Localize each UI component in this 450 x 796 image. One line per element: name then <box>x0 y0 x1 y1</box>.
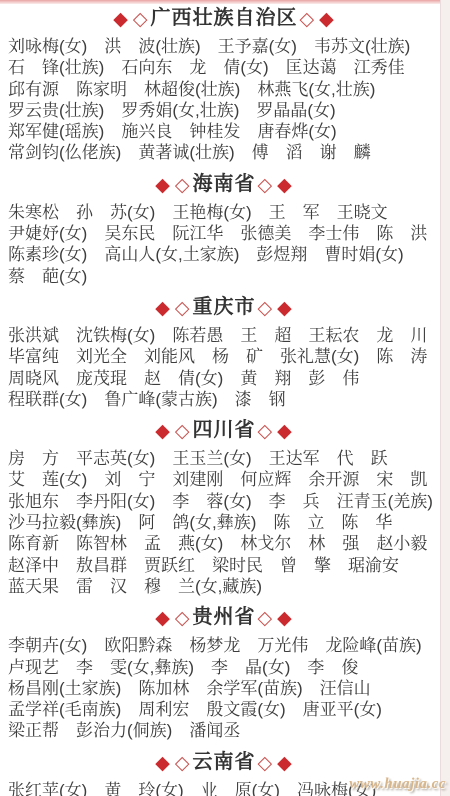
diamond-solid-icon: ◆ <box>155 607 171 629</box>
section-header: ◆◇重庆市◇◆ <box>8 295 440 320</box>
diamond-hollow-icon: ◇ <box>258 752 274 774</box>
diamond-hollow-icon: ◇ <box>258 420 274 442</box>
diamond-solid-icon: ◆ <box>277 174 293 196</box>
name-row: 孟学祥(毛南族) 周利宏 殷文霞(女) 唐亚平(女) <box>8 699 440 720</box>
diamond-solid-icon: ◆ <box>277 297 293 319</box>
name-row: 杨昌刚(土家族) 陈加林 余学军(苗族) 汪信山 <box>8 678 440 699</box>
name-row: 梁正帮 彭治力(侗族) 潘闻丞 <box>8 720 440 741</box>
diamond-solid-icon: ◆ <box>277 752 293 774</box>
diamond-solid-icon: ◆ <box>277 420 293 442</box>
name-row: 周晓风 庞茂琨 赵 倩(女) 黄 翔 彭 伟 <box>8 368 440 389</box>
name-row: 蓝天果 雷 汉 穆 兰(女,藏族) <box>8 576 440 597</box>
diamond-hollow-icon: ◇ <box>175 420 191 442</box>
name-row: 艾 莲(女) 刘 宁 刘建刚 何应辉 余开源 宋 凯 <box>8 469 440 490</box>
name-row: 张旭东 李丹阳(女) 李 蓉(女) 李 兵 汪青玉(羌族) <box>8 491 440 512</box>
name-row: 赵泽中 敖昌群 贾跃红 梁时民 曾 擎 琚渝安 <box>8 555 440 576</box>
diamond-hollow-icon: ◇ <box>300 8 316 30</box>
name-row: 蔡 葩(女) <box>8 266 440 287</box>
section-header: ◆◇四川省◇◆ <box>8 418 440 443</box>
name-row: 张洪斌 沈铁梅(女) 陈若愚 王 超 王耘农 龙 川 <box>8 325 440 346</box>
section-guizhou: ◆◇贵州省◇◆ 李朝卉(女) 欧阳黔森 杨梦龙 万光伟 龙险峰(苗族) 卢现艺 … <box>8 605 440 741</box>
diamond-hollow-icon: ◇ <box>258 297 274 319</box>
section-title: 四川省 <box>193 419 256 441</box>
section-title: 广西壮族自治区 <box>151 7 298 29</box>
name-row: 卢现艺 李 雯(女,彝族) 李 晶(女) 李 俊 <box>8 657 440 678</box>
diamond-hollow-icon: ◇ <box>175 297 191 319</box>
diamond-hollow-icon: ◇ <box>175 174 191 196</box>
section-header: ◆◇广西壮族自治区◇◆ <box>8 6 440 31</box>
diamond-solid-icon: ◆ <box>155 174 171 196</box>
diamond-hollow-icon: ◇ <box>175 607 191 629</box>
name-row: 陈素珍(女) 高山人(女,土家族) 彭煜翔 曹时娟(女) <box>8 244 440 265</box>
name-row: 沙马拉毅(彝族) 阿 鸽(女,彝族) 陈 立 陈 华 <box>8 512 440 533</box>
diamond-solid-icon: ◆ <box>277 607 293 629</box>
name-row: 罗云贵(壮族) 罗秀娟(女,壮族) 罗晶晶(女) <box>8 100 440 121</box>
diamond-hollow-icon: ◇ <box>258 607 274 629</box>
name-row: 尹婕妤(女) 吴东民 阮江华 张德美 李士伟 陈 洪 <box>8 223 440 244</box>
diamond-solid-icon: ◆ <box>155 420 171 442</box>
name-row: 郑军健(瑶族) 施兴良 钟桂发 唐春烨(女) <box>8 121 440 142</box>
section-sichuan: ◆◇四川省◇◆ 房 方 平志英(女) 王玉兰(女) 王达军 代 跃 艾 莲(女)… <box>8 418 440 597</box>
name-row: 房 方 平志英(女) 王玉兰(女) 王达军 代 跃 <box>8 448 440 469</box>
diamond-solid-icon: ◆ <box>155 752 171 774</box>
diamond-hollow-icon: ◇ <box>175 752 191 774</box>
name-row: 李朝卉(女) 欧阳黔森 杨梦龙 万光伟 龙险峰(苗族) <box>8 635 440 656</box>
watermark: www.huajia.cc <box>349 776 446 793</box>
diamond-hollow-icon: ◇ <box>133 8 149 30</box>
section-guangxi: ◆◇广西壮族自治区◇◆ 刘咏梅(女) 洪 波(壮族) 王予嘉(女) 韦苏文(壮族… <box>8 6 440 164</box>
section-title: 海南省 <box>193 173 256 195</box>
name-row: 程联群(女) 鲁广峰(蒙古族) 漆 钢 <box>8 389 440 410</box>
section-title: 云南省 <box>193 751 256 773</box>
name-row: 常剑钧(仫佬族) 黄著诚(壮族) 傅 滔 谢 麟 <box>8 142 440 163</box>
section-header: ◆◇云南省◇◆ <box>8 750 440 775</box>
name-row: 邱有源 陈家明 林超俊(壮族) 林燕飞(女,壮族) <box>8 79 440 100</box>
section-title: 重庆市 <box>193 296 256 318</box>
name-list-document: ◆◇广西壮族自治区◇◆ 刘咏梅(女) 洪 波(壮族) 王予嘉(女) 韦苏文(壮族… <box>0 4 442 796</box>
name-row: 毕富纯 刘光全 刘能风 杨 矿 张礼慧(女) 陈 涛 <box>8 346 440 367</box>
section-header: ◆◇海南省◇◆ <box>8 172 440 197</box>
section-hainan: ◆◇海南省◇◆ 朱寒松 孙 苏(女) 王艳梅(女) 王 军 王晓文 尹婕妤(女)… <box>8 172 440 287</box>
diamond-hollow-icon: ◇ <box>258 174 274 196</box>
name-row: 朱寒松 孙 苏(女) 王艳梅(女) 王 军 王晓文 <box>8 202 440 223</box>
section-chongqing: ◆◇重庆市◇◆ 张洪斌 沈铁梅(女) 陈若愚 王 超 王耘农 龙 川 毕富纯 刘… <box>8 295 440 410</box>
section-title: 贵州省 <box>193 606 256 628</box>
diamond-solid-icon: ◆ <box>319 8 335 30</box>
name-row: 刘咏梅(女) 洪 波(壮族) 王予嘉(女) 韦苏文(壮族) <box>8 36 440 57</box>
name-row: 陈育新 陈智林 孟 燕(女) 林戈尔 林 强 赵小毅 <box>8 533 440 554</box>
diamond-solid-icon: ◆ <box>155 297 171 319</box>
section-header: ◆◇贵州省◇◆ <box>8 605 440 630</box>
name-row: 石 锋(壮族) 石向东 龙 倩(女) 匡达蔼 江秀佳 <box>8 57 440 78</box>
diamond-solid-icon: ◆ <box>113 8 129 30</box>
